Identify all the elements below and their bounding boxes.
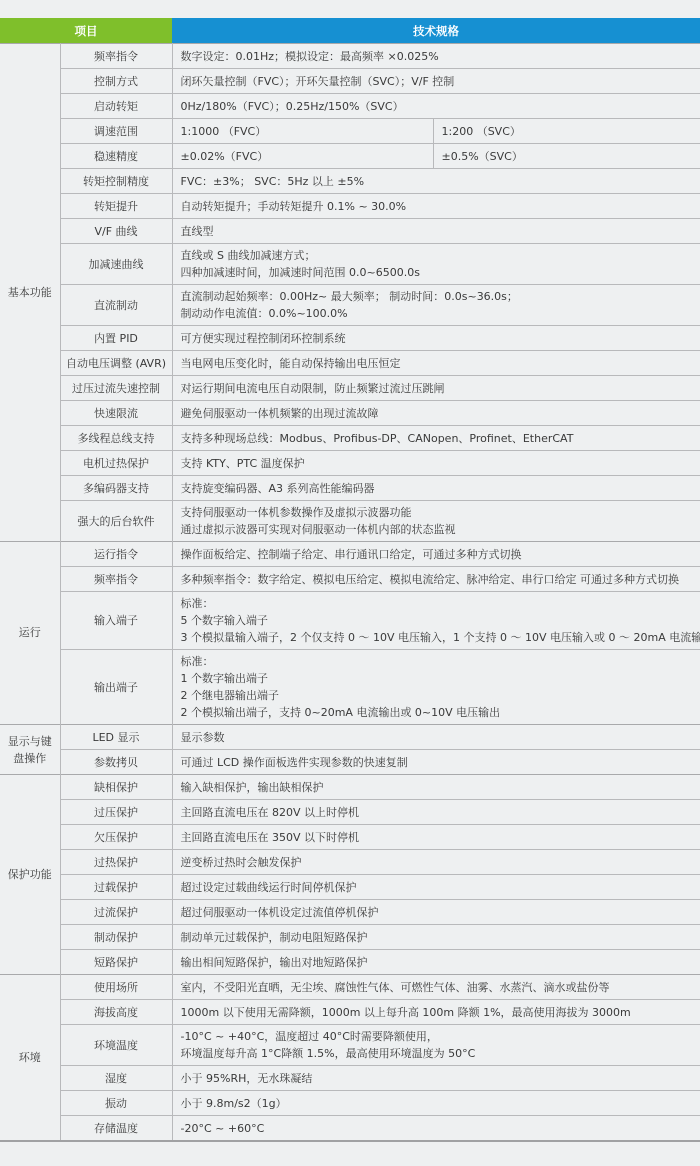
spec-line: 小于 9.8m/s2（1g） [181, 1095, 700, 1112]
item-cell: 使用场所 [60, 975, 172, 1000]
item-cell: 过压过流失速控制 [60, 376, 172, 401]
spec-line: 四种加减速时间，加减速时间范围 0.0~6500.0s [181, 264, 700, 281]
spec-line: 逆变桥过热时会触发保护 [181, 854, 700, 871]
spec-line: 超过伺服驱动一体机设定过流值停机保护 [181, 904, 700, 921]
table-row: 湿度小于 95%RH，无水珠凝结 [0, 1066, 700, 1091]
item-cell: 转矩控制精度 [60, 169, 172, 194]
item-cell: 多线程总线支持 [60, 426, 172, 451]
item-cell: 过载保护 [60, 875, 172, 900]
spec-line: 支持伺服驱动一体机参数操作及虚拟示波器功能 [181, 504, 700, 521]
item-cell: 调速范围 [60, 119, 172, 144]
spec-line: 输出相间短路保护，输出对地短路保护 [181, 954, 700, 971]
item-cell: 存储温度 [60, 1116, 172, 1142]
category-label: 保护功能 [8, 866, 52, 884]
spec-line: 支持多种现场总线：Modbus、Profibus-DP、CANopen、Prof… [181, 430, 700, 447]
spec-line: 显示参数 [181, 729, 700, 746]
table-row: 显示与键盘操作LED 显示显示参数 [0, 725, 700, 750]
table-row: 频率指令多种频率指令：数字给定、模拟电压给定、模拟电流给定、脉冲给定、串行口给定… [0, 567, 700, 592]
table-row: 自动电压调整 (AVR)当电网电压变化时，能自动保持输出电压恒定 [0, 351, 700, 376]
spec-table: 项目 技术规格 基本功能频率指令数字设定：0.01Hz；模拟设定：最高频率 ×0… [0, 18, 700, 1142]
item-cell: 直流制动 [60, 285, 172, 326]
table-row: 加减速曲线直线或 S 曲线加减速方式；四种加减速时间，加减速时间范围 0.0~6… [0, 244, 700, 285]
spec-line: 2 个继电器输出端子 [181, 687, 700, 704]
table-row: 保护功能缺相保护输入缺相保护，输出缺相保护 [0, 775, 700, 800]
spec-cell: 可方便实现过程控制闭环控制系统 [172, 326, 700, 351]
item-cell: 短路保护 [60, 950, 172, 975]
spec-line: 自动转矩提升；手动转矩提升 0.1% ~ 30.0% [181, 198, 700, 215]
spec-cell: 多种频率指令：数字给定、模拟电压给定、模拟电流给定、脉冲给定、串行口给定 可通过… [172, 567, 700, 592]
item-cell: LED 显示 [60, 725, 172, 750]
item-cell: 海拔高度 [60, 1000, 172, 1025]
spec-line: 主回路直流电压在 350V 以下时停机 [181, 829, 700, 846]
table-row: 多线程总线支持支持多种现场总线：Modbus、Profibus-DP、CANop… [0, 426, 700, 451]
spec-cell: 支持伺服驱动一体机参数操作及虚拟示波器功能通过虚拟示波器可实现对伺服驱动一体机内… [172, 501, 700, 542]
table-row: 输出端子标准：1 个数字输出端子2 个继电器输出端子2 个模拟输出端子，支持 0… [0, 650, 700, 725]
item-cell: 快速限流 [60, 401, 172, 426]
spec-line: 闭环矢量控制（FVC）；开环矢量控制（SVC）；V/F 控制 [181, 73, 700, 90]
spec-cell-right: 1:200 （SVC） [433, 119, 700, 144]
table-row: 转矩提升自动转矩提升；手动转矩提升 0.1% ~ 30.0% [0, 194, 700, 219]
table-row: 启动转矩0Hz/180%（FVC）；0.25Hz/150%（SVC） [0, 94, 700, 119]
table-row: 快速限流避免伺服驱动一体机频繁的出现过流故障 [0, 401, 700, 426]
item-cell: 稳速精度 [60, 144, 172, 169]
item-cell: 启动转矩 [60, 94, 172, 119]
spec-cell: 可通过 LCD 操作面板选件实现参数的快速复制 [172, 750, 700, 775]
spec-cell: FVC：±3%； SVC：5Hz 以上 ±5% [172, 169, 700, 194]
item-cell: 振动 [60, 1091, 172, 1116]
spec-cell: 避免伺服驱动一体机频繁的出现过流故障 [172, 401, 700, 426]
item-cell: 多编码器支持 [60, 476, 172, 501]
spec-cell: 自动转矩提升；手动转矩提升 0.1% ~ 30.0% [172, 194, 700, 219]
spec-line: 3 个模拟量输入端子，2 个仅支持 0 ～ 10V 电压输入，1 个支持 0 ～… [181, 629, 700, 646]
spec-cell: 输入缺相保护，输出缺相保护 [172, 775, 700, 800]
spec-line: 标准： [181, 595, 700, 612]
spec-line: 数字设定：0.01Hz；模拟设定：最高频率 ×0.025% [181, 48, 700, 65]
table-header: 项目 技术规格 [0, 18, 700, 44]
spec-line: 操作面板给定、控制端子给定、串行通讯口给定，可通过多种方式切换 [181, 546, 700, 563]
item-cell: 电机过热保护 [60, 451, 172, 476]
item-cell: 输出端子 [60, 650, 172, 725]
spec-cell: 标准：5 个数字输入端子3 个模拟量输入端子，2 个仅支持 0 ～ 10V 电压… [172, 592, 700, 650]
spec-line: 多种频率指令：数字给定、模拟电压给定、模拟电流给定、脉冲给定、串行口给定 可通过… [181, 571, 700, 588]
table-row: 稳速精度±0.02%（FVC）±0.5%（SVC） [0, 144, 700, 169]
spec-line: 室内，不受阳光直晒，无尘埃、腐蚀性气体、可燃性气体、油雾、水蒸汽、滴水或盐份等 [181, 979, 700, 996]
table-row: 参数拷贝可通过 LCD 操作面板选件实现参数的快速复制 [0, 750, 700, 775]
table-row: 制动保护制动单元过载保护，制动电阻短路保护 [0, 925, 700, 950]
spec-cell: 当电网电压变化时，能自动保持输出电压恒定 [172, 351, 700, 376]
item-cell: 过流保护 [60, 900, 172, 925]
spec-line: 可方便实现过程控制闭环控制系统 [181, 330, 700, 347]
category-label-line: 显示与键 [0, 733, 60, 750]
spec-line: FVC：±3%； SVC：5Hz 以上 ±5% [181, 173, 700, 190]
item-cell: 过热保护 [60, 850, 172, 875]
spec-line: 主回路直流电压在 820V 以上时停机 [181, 804, 700, 821]
spec-cell: 支持多种现场总线：Modbus、Profibus-DP、CANopen、Prof… [172, 426, 700, 451]
divider [0, 1141, 700, 1142]
spec-line: 5 个数字输入端子 [181, 612, 700, 629]
table-row: 强大的后台软件支持伺服驱动一体机参数操作及虚拟示波器功能通过虚拟示波器可实现对伺… [0, 501, 700, 542]
item-cell: 环境温度 [60, 1025, 172, 1066]
table-row: 多编码器支持支持旋变编码器、A3 系列高性能编码器 [0, 476, 700, 501]
spec-line: 可通过 LCD 操作面板选件实现参数的快速复制 [181, 754, 700, 771]
spec-cell: -10°C ~ +40°C，温度超过 40°C时需要降额使用，环境温度每升高 1… [172, 1025, 700, 1066]
spec-cell: 超过设定过载曲线运行时间停机保护 [172, 875, 700, 900]
spec-line: 2 个模拟输出端子，支持 0~20mA 电流输出或 0~10V 电压输出 [181, 704, 700, 721]
table-row: 控制方式闭环矢量控制（FVC）；开环矢量控制（SVC）；V/F 控制 [0, 69, 700, 94]
spec-line: 对运行期间电流电压自动限制，防止频繁过流过压跳闸 [181, 380, 700, 397]
spec-cell: 操作面板给定、控制端子给定、串行通讯口给定，可通过多种方式切换 [172, 542, 700, 567]
spec-cell: 对运行期间电流电压自动限制，防止频繁过流过压跳闸 [172, 376, 700, 401]
item-cell: 参数拷贝 [60, 750, 172, 775]
category-cell: 保护功能 [0, 775, 60, 975]
spec-cell: 输出相间短路保护，输出对地短路保护 [172, 950, 700, 975]
item-cell: 自动电压调整 (AVR) [60, 351, 172, 376]
table-row: 过热保护逆变桥过热时会触发保护 [0, 850, 700, 875]
table-row: 调速范围1:1000 （FVC）1:200 （SVC） [0, 119, 700, 144]
spec-cell: 支持 KTY、PTC 温度保护 [172, 451, 700, 476]
spec-cell: 0Hz/180%（FVC）；0.25Hz/150%（SVC） [172, 94, 700, 119]
spec-line: 直流制动起始频率：0.00Hz~ 最大频率； 制动时间：0.0s~36.0s； [181, 288, 700, 305]
table-row: 电机过热保护支持 KTY、PTC 温度保护 [0, 451, 700, 476]
spec-line: 当电网电压变化时，能自动保持输出电压恒定 [181, 355, 700, 372]
spec-cell-left: ±0.02%（FVC） [172, 144, 433, 169]
spec-line: 直线或 S 曲线加减速方式； [181, 247, 700, 264]
spec-cell: 主回路直流电压在 820V 以上时停机 [172, 800, 700, 825]
spec-cell: 逆变桥过热时会触发保护 [172, 850, 700, 875]
header-item: 项目 [0, 18, 172, 44]
item-cell: 制动保护 [60, 925, 172, 950]
spec-cell: 支持旋变编码器、A3 系列高性能编码器 [172, 476, 700, 501]
item-cell: 输入端子 [60, 592, 172, 650]
table-row: 振动小于 9.8m/s2（1g） [0, 1091, 700, 1116]
table-row: 过压过流失速控制对运行期间电流电压自动限制，防止频繁过流过压跳闸 [0, 376, 700, 401]
spec-cell: 显示参数 [172, 725, 700, 750]
spec-line: 避免伺服驱动一体机频繁的出现过流故障 [181, 405, 700, 422]
spec-cell: 数字设定：0.01Hz；模拟设定：最高频率 ×0.025% [172, 44, 700, 69]
table-row: 输入端子标准：5 个数字输入端子3 个模拟量输入端子，2 个仅支持 0 ～ 10… [0, 592, 700, 650]
spec-cell: 直线或 S 曲线加减速方式；四种加减速时间，加减速时间范围 0.0~6500.0… [172, 244, 700, 285]
item-cell: 频率指令 [60, 44, 172, 69]
spec-line: 直线型 [181, 223, 700, 240]
spec-cell: 制动单元过载保护，制动电阻短路保护 [172, 925, 700, 950]
spec-cell-left: 1:1000 （FVC） [172, 119, 433, 144]
item-cell: V/F 曲线 [60, 219, 172, 244]
table-row: 存储温度-20°C ~ +60°C [0, 1116, 700, 1142]
item-cell: 加减速曲线 [60, 244, 172, 285]
spec-line: 1000m 以下使用无需降额，1000m 以上每升高 100m 降额 1%，最高… [181, 1004, 700, 1021]
spec-line: 标准： [181, 653, 700, 670]
spec-line: 制动动作电流值：0.0%~100.0% [181, 305, 700, 322]
spec-line: -20°C ~ +60°C [181, 1120, 700, 1137]
spec-cell: 标准：1 个数字输出端子2 个继电器输出端子2 个模拟输出端子，支持 0~20m… [172, 650, 700, 725]
item-cell: 频率指令 [60, 567, 172, 592]
table-row: 欠压保护主回路直流电压在 350V 以下时停机 [0, 825, 700, 850]
spec-line: -10°C ~ +40°C，温度超过 40°C时需要降额使用， [181, 1028, 700, 1045]
table-row: 过流保护超过伺服驱动一体机设定过流值停机保护 [0, 900, 700, 925]
table-row: 内置 PID可方便实现过程控制闭环控制系统 [0, 326, 700, 351]
spec-line: 支持旋变编码器、A3 系列高性能编码器 [181, 480, 700, 497]
spec-cell: 主回路直流电压在 350V 以下时停机 [172, 825, 700, 850]
item-cell: 湿度 [60, 1066, 172, 1091]
table-body: 基本功能频率指令数字设定：0.01Hz；模拟设定：最高频率 ×0.025%控制方… [0, 44, 700, 1143]
spec-cell: 小于 9.8m/s2（1g） [172, 1091, 700, 1116]
item-cell: 转矩提升 [60, 194, 172, 219]
table-row: 环境使用场所室内，不受阳光直晒，无尘埃、腐蚀性气体、可燃性气体、油雾、水蒸汽、滴… [0, 975, 700, 1000]
spec-cell: 直线型 [172, 219, 700, 244]
spec-cell: 闭环矢量控制（FVC）；开环矢量控制（SVC）；V/F 控制 [172, 69, 700, 94]
category-label: 基本功能 [8, 284, 52, 302]
category-label-line: 盘操作 [0, 750, 60, 767]
category-label: 环境 [19, 1049, 41, 1067]
category-cell: 显示与键盘操作 [0, 725, 60, 775]
table-row: 环境温度-10°C ~ +40°C，温度超过 40°C时需要降额使用，环境温度每… [0, 1025, 700, 1066]
table-row: 过载保护超过设定过载曲线运行时间停机保护 [0, 875, 700, 900]
table-row: 转矩控制精度FVC：±3%； SVC：5Hz 以上 ±5% [0, 169, 700, 194]
spec-line: 小于 95%RH，无水珠凝结 [181, 1070, 700, 1087]
item-cell: 内置 PID [60, 326, 172, 351]
spec-cell: 超过伺服驱动一体机设定过流值停机保护 [172, 900, 700, 925]
item-cell: 过压保护 [60, 800, 172, 825]
spec-cell: 室内，不受阳光直晒，无尘埃、腐蚀性气体、可燃性气体、油雾、水蒸汽、滴水或盐份等 [172, 975, 700, 1000]
table-row: 短路保护输出相间短路保护，输出对地短路保护 [0, 950, 700, 975]
spec-cell: -20°C ~ +60°C [172, 1116, 700, 1142]
spec-line: 支持 KTY、PTC 温度保护 [181, 455, 700, 472]
spec-line: 1 个数字输出端子 [181, 670, 700, 687]
table-bottom-rule [0, 1141, 700, 1142]
spec-cell: 1000m 以下使用无需降额，1000m 以上每升高 100m 降额 1%，最高… [172, 1000, 700, 1025]
category-cell: 基本功能 [0, 44, 60, 542]
category-cell: 运行 [0, 542, 60, 725]
table-row: 过压保护主回路直流电压在 820V 以上时停机 [0, 800, 700, 825]
table-row: 基本功能频率指令数字设定：0.01Hz；模拟设定：最高频率 ×0.025% [0, 44, 700, 69]
spec-line: 超过设定过载曲线运行时间停机保护 [181, 879, 700, 896]
category-cell: 环境 [0, 975, 60, 1142]
table-row: 直流制动直流制动起始频率：0.00Hz~ 最大频率； 制动时间：0.0s~36.… [0, 285, 700, 326]
item-cell: 缺相保护 [60, 775, 172, 800]
header-spec: 技术规格 [172, 18, 700, 44]
category-label: 运行 [19, 624, 41, 642]
item-cell: 强大的后台软件 [60, 501, 172, 542]
spec-line: 0Hz/180%（FVC）；0.25Hz/150%（SVC） [181, 98, 700, 115]
spec-cell-right: ±0.5%（SVC） [433, 144, 700, 169]
spec-cell: 直流制动起始频率：0.00Hz~ 最大频率； 制动时间：0.0s~36.0s；制… [172, 285, 700, 326]
spec-line: 环境温度每升高 1°C降额 1.5%，最高使用环境温度为 50°C [181, 1045, 700, 1062]
item-cell: 运行指令 [60, 542, 172, 567]
spec-line: 通过虚拟示波器可实现对伺服驱动一体机内部的状态监视 [181, 521, 700, 538]
item-cell: 控制方式 [60, 69, 172, 94]
spec-cell: 小于 95%RH，无水珠凝结 [172, 1066, 700, 1091]
spec-line: 输入缺相保护，输出缺相保护 [181, 779, 700, 796]
table-row: V/F 曲线直线型 [0, 219, 700, 244]
item-cell: 欠压保护 [60, 825, 172, 850]
table-row: 运行运行指令操作面板给定、控制端子给定、串行通讯口给定，可通过多种方式切换 [0, 542, 700, 567]
spec-line: 制动单元过载保护，制动电阻短路保护 [181, 929, 700, 946]
table-row: 海拔高度1000m 以下使用无需降额，1000m 以上每升高 100m 降额 1… [0, 1000, 700, 1025]
